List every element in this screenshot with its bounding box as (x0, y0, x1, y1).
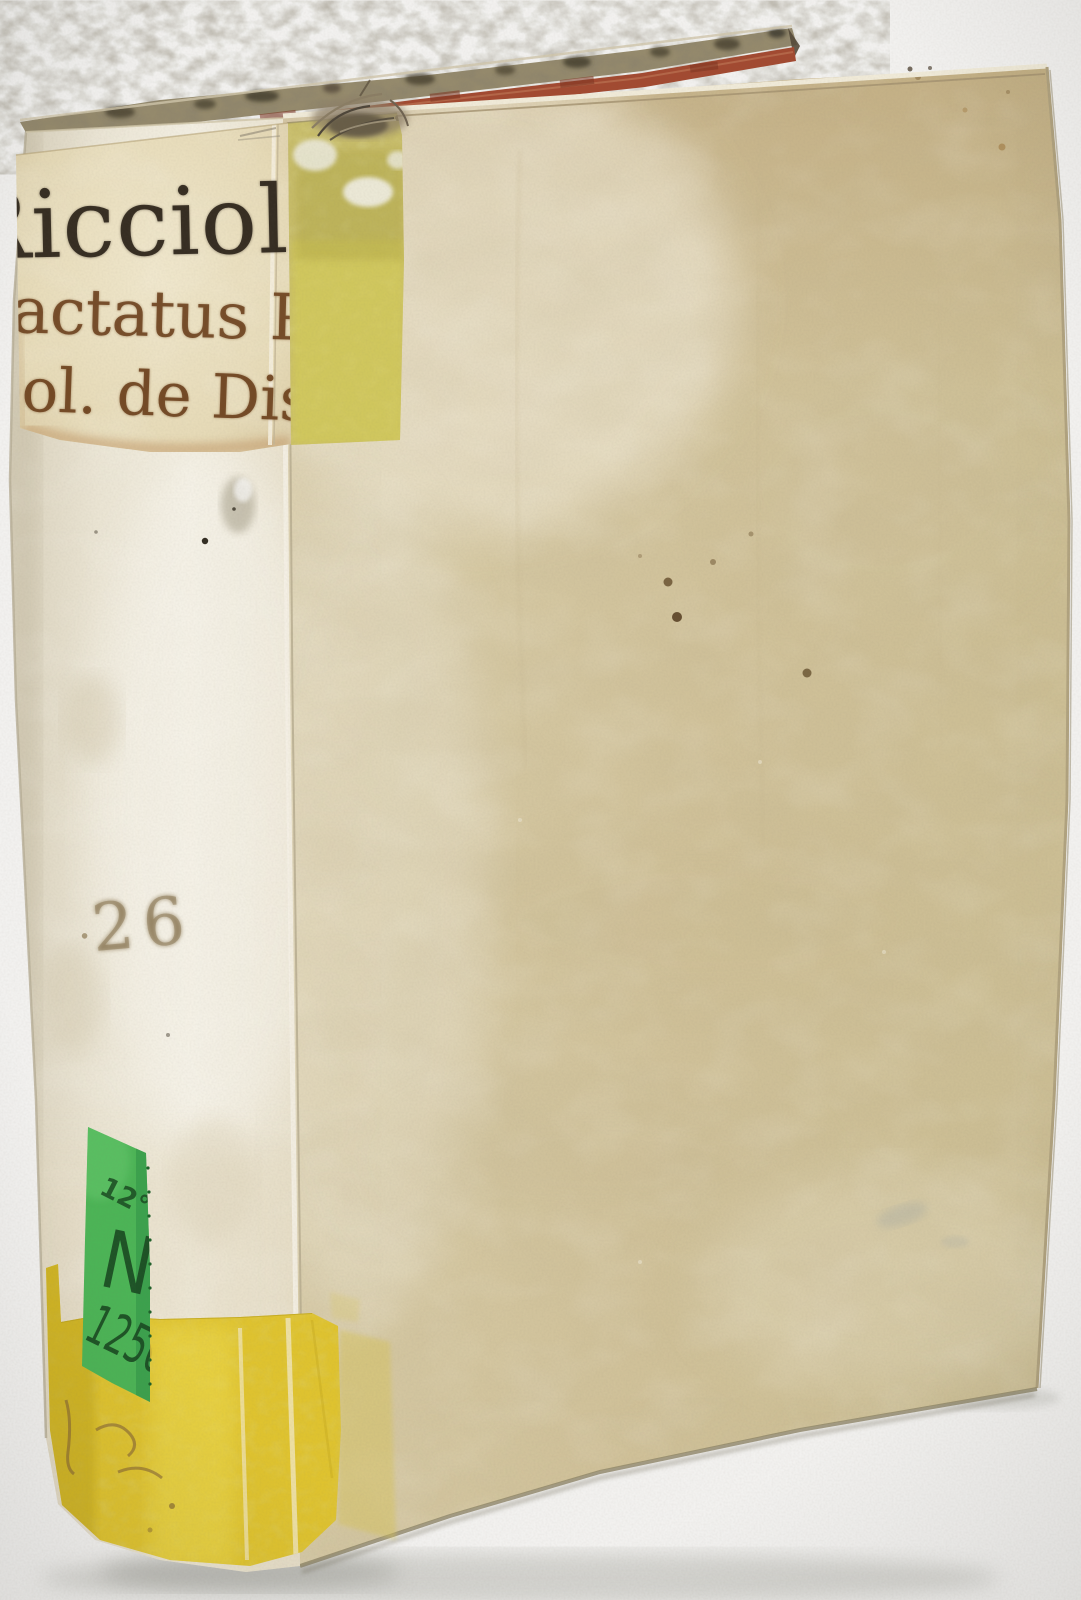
photo-of-antique-book: Riccioli. Riccioli. Tractatus Phil. Trac… (0, 0, 1081, 1600)
book-photo-canvas: Riccioli. Riccioli. Tractatus Phil. Trac… (0, 0, 1081, 1600)
vignette (0, 0, 1081, 1600)
